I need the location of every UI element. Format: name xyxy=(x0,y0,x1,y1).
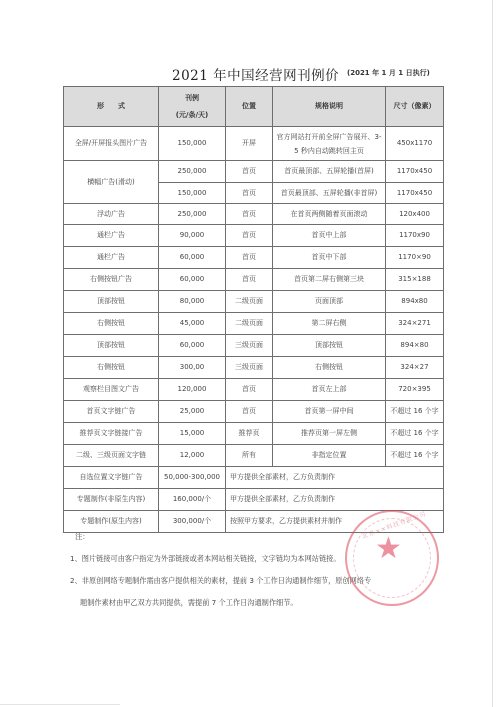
cell-rate: 160,000/个 xyxy=(159,489,226,511)
page-edge-bottom xyxy=(0,704,120,705)
cell-form: 右侧按钮 xyxy=(64,313,159,335)
header-position: 位置 xyxy=(226,87,273,127)
table-row: 首页文字链广告 25,000 首页 首页第一屏中间 不超过 16 个字 xyxy=(64,401,444,423)
cell-size: 不超过 16 个字 xyxy=(386,423,444,445)
effective-date-note: (2021 年 1 月 1 日执行) xyxy=(347,68,430,78)
cell-form: 专题制作(原生内容) xyxy=(64,511,159,533)
cell-size: 1170x450 xyxy=(386,161,444,183)
header-size: 尺寸（像素） xyxy=(386,87,444,127)
table-row: 顶部按钮 80,000 二级页面 页面顶部 894x80 xyxy=(64,291,444,313)
cell-rate: 150,000 xyxy=(159,127,226,161)
cell-form: 顶部按钮 xyxy=(64,291,159,313)
header-rate-line1: 刊例 xyxy=(161,93,223,104)
cell-position: 首页 xyxy=(226,379,273,401)
table-row: 自选位置文字链广告 50,000-300,000 甲方提供全部素材，乙方负责制作 xyxy=(64,467,444,489)
cell-position: 首页 xyxy=(226,183,273,204)
cell-spec: 首页中下部 xyxy=(273,247,386,269)
cell-position: 三级页面 xyxy=(226,357,273,379)
cell-position: 所有 xyxy=(226,445,273,467)
note-item-2: 2、非原创网络专题制作需由客户提供相关的素材，提前 3 个工作日沟通制作细节，原… xyxy=(70,576,371,586)
cell-form: 通栏广告 xyxy=(64,225,159,247)
rate-table: 形 式 刊例 (元/条/天) 位置 规格说明 尺寸（像素） 全屏/开屏报头图片广… xyxy=(63,86,444,533)
header-rate: 刊例 (元/条/天) xyxy=(159,87,226,127)
cell-form: 首页文字链广告 xyxy=(64,401,159,423)
cell-size: 720×395 xyxy=(386,379,444,401)
cell-position: 首页 xyxy=(226,269,273,291)
cell-spec: 官方网站打开前全屏广告展开、3-5 秒内自动跳转回主页 xyxy=(273,127,386,161)
cell-position: 开屏 xyxy=(226,127,273,161)
cell-size: 315×188 xyxy=(386,269,444,291)
note-item-1: 1、图片链接可由客户指定为外部链接或者本网站相关链接，文字链均为本网站链接。 xyxy=(70,554,341,564)
cell-position: 首页 xyxy=(226,204,273,225)
cell-rate: 150,000 xyxy=(159,183,226,204)
cell-form: 顶部按钮 xyxy=(64,335,159,357)
cell-spec: 顶部按钮 xyxy=(273,335,386,357)
cell-position: 二级页面 xyxy=(226,291,273,313)
cell-position: 首页 xyxy=(226,225,273,247)
cell-rate: 120,000 xyxy=(159,379,226,401)
header-rate-line2: (元/条/天) xyxy=(161,110,223,121)
cell-spec: 页面顶部 xyxy=(273,291,386,313)
table-row: 专题制作(非原生内容) 160,000/个 甲方提供全部素材，乙方负责制作 xyxy=(64,489,444,511)
cell-form: 浮动广告 xyxy=(64,204,159,225)
cell-spec: 第二屏右侧 xyxy=(273,313,386,335)
note-item-2-continued: 题制作素材由甲乙双方共同提供，需提前 7 个工作日沟通制作细节。 xyxy=(80,598,298,608)
cell-size: 450x1170 xyxy=(386,127,444,161)
cell-form: 二级、三级页面文字链 xyxy=(64,445,159,467)
cell-spec: 首页左上部 xyxy=(273,379,386,401)
cell-spec: 右侧按钮 xyxy=(273,357,386,379)
table-row: 右侧按钮广告 60,000 首页 首页第二屏右侧第三块 315×188 xyxy=(64,269,444,291)
cell-size: 894x80 xyxy=(386,291,444,313)
table-row: 通栏广告 90,000 首页 首页中上部 1170x90 xyxy=(64,225,444,247)
document-header: 2021 年中国经营网刊例价 (2021 年 1 月 1 日执行) xyxy=(0,64,500,86)
cell-form: 右侧按钮 xyxy=(64,357,159,379)
cell-size: 1170×90 xyxy=(386,247,444,269)
cell-rate: 12,000 xyxy=(159,445,226,467)
table-row: 观察栏目图文广告 120,000 首页 首页左上部 720×395 xyxy=(64,379,444,401)
table-row: 通栏广告 60,000 首页 首页中下部 1170×90 xyxy=(64,247,444,269)
cell-form: 横幅广告(滑动) xyxy=(64,161,159,204)
cell-rate: 60,000 xyxy=(159,335,226,357)
page-edge-right xyxy=(492,0,493,707)
table-row: 右侧按钮 45,000 二级页面 第二屏右侧 324×271 xyxy=(64,313,444,335)
cell-size: 1170x450 xyxy=(386,183,444,204)
table-row: 全屏/开屏报头图片广告 150,000 开屏 官方网站打开前全屏广告展开、3-5… xyxy=(64,127,444,161)
cell-form: 右侧按钮广告 xyxy=(64,269,159,291)
cell-rate: 300,00 xyxy=(159,357,226,379)
table-row: 右侧按钮 300,00 三级页面 右侧按钮 324×27 xyxy=(64,357,444,379)
table-header-row: 形 式 刊例 (元/条/天) 位置 规格说明 尺寸（像素） xyxy=(64,87,444,127)
cell-form: 专题制作(非原生内容) xyxy=(64,489,159,511)
cell-form: 通栏广告 xyxy=(64,247,159,269)
cell-size: 894×80 xyxy=(386,335,444,357)
cell-rate: 250,000 xyxy=(159,204,226,225)
table-row: 二级、三级页面文字链 12,000 所有 非指定位置 不超过 16 个字 xyxy=(64,445,444,467)
document-title: 2021 年中国经营网刊例价 xyxy=(172,64,339,84)
cell-position: 二级页面 xyxy=(226,313,273,335)
cell-rate: 50,000-300,000 xyxy=(159,467,226,489)
cell-spec: 首页最顶部、五屏轮播(首屏) xyxy=(273,161,386,183)
cell-spec: 首页中上部 xyxy=(273,225,386,247)
cell-position: 首页 xyxy=(226,401,273,423)
cell-note: 甲方提供全部素材，乙方负责制作 xyxy=(226,467,444,489)
table-row: 横幅广告(滑动) 250,000 首页 首页最顶部、五屏轮播(首屏) 1170x… xyxy=(64,161,444,183)
cell-rate: 80,000 xyxy=(159,291,226,313)
cell-spec: 非指定位置 xyxy=(273,445,386,467)
company-seal: 北京××科技有限公司 ★ xyxy=(345,510,439,606)
cell-spec: 首页第一屏中间 xyxy=(273,401,386,423)
cell-spec: 推荐页第一屏左侧 xyxy=(273,423,386,445)
cell-form: 观察栏目图文广告 xyxy=(64,379,159,401)
cell-spec: 首页第二屏右侧第三块 xyxy=(273,269,386,291)
cell-size: 120x400 xyxy=(386,204,444,225)
cell-form: 全屏/开屏报头图片广告 xyxy=(64,127,159,161)
star-icon: ★ xyxy=(375,534,402,564)
cell-rate: 25,000 xyxy=(159,401,226,423)
header-spec: 规格说明 xyxy=(273,87,386,127)
table-row: 推荐页文字链接广告 15,000 推荐页 推荐页第一屏左侧 不超过 16 个字 xyxy=(64,423,444,445)
cell-size: 不超过 16 个字 xyxy=(386,401,444,423)
header-form: 形 式 xyxy=(64,87,159,127)
cell-position: 三级页面 xyxy=(226,335,273,357)
cell-size: 1170x90 xyxy=(386,225,444,247)
table-row: 顶部按钮 60,000 三级页面 顶部按钮 894×80 xyxy=(64,335,444,357)
cell-form: 自选位置文字链广告 xyxy=(64,467,159,489)
cell-rate: 300,000/个 xyxy=(159,511,226,533)
cell-form: 推荐页文字链接广告 xyxy=(64,423,159,445)
cell-size: 324×27 xyxy=(386,357,444,379)
cell-spec: 在首页两侧随着页面滚动 xyxy=(273,204,386,225)
cell-rate: 60,000 xyxy=(159,269,226,291)
cell-rate: 45,000 xyxy=(159,313,226,335)
cell-size: 不超过 16 个字 xyxy=(386,445,444,467)
cell-size: 324×271 xyxy=(386,313,444,335)
cell-rate: 250,000 xyxy=(159,161,226,183)
cell-position: 首页 xyxy=(226,247,273,269)
cell-position: 首页 xyxy=(226,161,273,183)
cell-rate: 15,000 xyxy=(159,423,226,445)
cell-position: 推荐页 xyxy=(226,423,273,445)
cell-spec: 首页最顶部、五屏轮播(非首屏) xyxy=(273,183,386,204)
cell-rate: 60,000 xyxy=(159,247,226,269)
notes-heading: 注： xyxy=(75,532,89,542)
cell-note: 甲方提供全部素材，乙方负责制作 xyxy=(226,489,444,511)
table-row: 浮动广告 250,000 首页 在首页两侧随着页面滚动 120x400 xyxy=(64,204,444,225)
cell-rate: 90,000 xyxy=(159,225,226,247)
